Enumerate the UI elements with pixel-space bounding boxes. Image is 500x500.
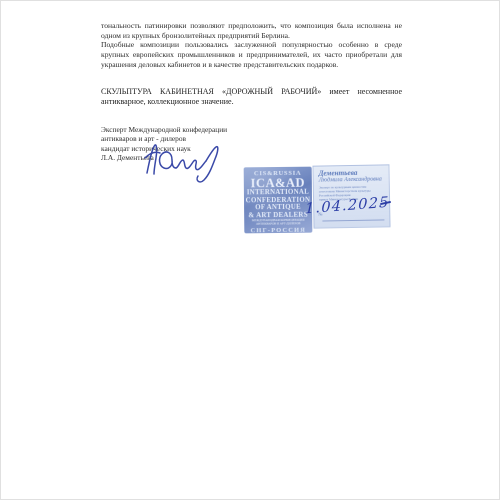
stamp-date-underline bbox=[322, 219, 384, 221]
body-text-column: тональность патинировки позволяют предпо… bbox=[101, 21, 402, 107]
signature-strokes bbox=[145, 145, 218, 182]
paragraph-popularity: Подобные композиции пользовались заслуже… bbox=[101, 40, 402, 69]
stamp-left-line: INTERNATIONAL bbox=[244, 189, 312, 197]
stamp-left-footer: СНГ-РОССИЯ bbox=[244, 227, 312, 234]
icaad-confederation-stamp: CIS&RUSSIA ICA&AD INTERNATIONAL CONFEDER… bbox=[244, 167, 313, 234]
stamp-right-given-names: Людмила Александровна bbox=[319, 176, 389, 183]
conclusion-paragraph: СКУЛЬПТУРА КАБИНЕТНАЯ «ДОРОЖНЫЙ РАБОЧИЙ»… bbox=[101, 87, 402, 107]
stamp-left-acronym: ICA&AD bbox=[244, 176, 312, 189]
expert-title-line: Эксперт Международной конфедерации bbox=[101, 125, 321, 134]
handwritten-signature bbox=[141, 138, 239, 186]
paragraph-patination: тональность патинировки позволяют предпо… bbox=[101, 21, 402, 40]
stamp-left-small-print: МЕЖДУНАРОДНАЯ КОНФЕДЕРАЦИЯ АНТИКВАРОВ И … bbox=[244, 219, 312, 227]
document-page: тональность патинировки позволяют предпо… bbox=[0, 0, 500, 500]
